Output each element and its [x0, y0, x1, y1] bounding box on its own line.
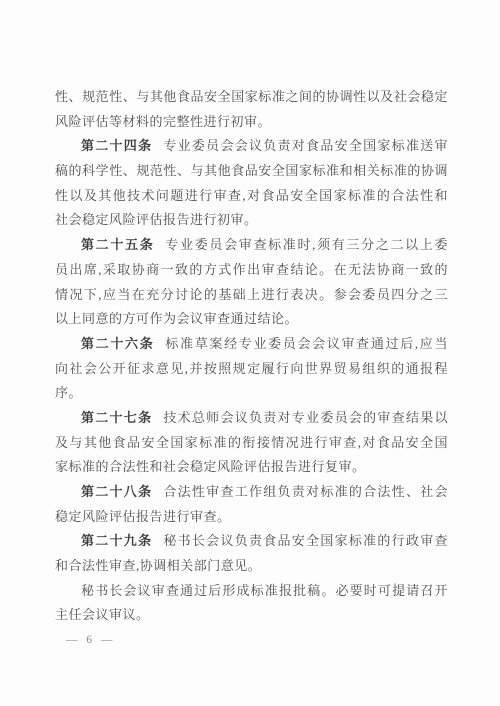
text-line: 员出席,采取协商一致的方式作出审查结论。在无法协商一致的: [55, 258, 448, 283]
paragraph: 第二十九条秘书长会议负责食品安全国家标准的行政审查和合法性审查,协调相关部门意见…: [55, 529, 448, 578]
paragraph: 第二十四条专业委员会会议负责对食品安全国家标准送审稿的科学性、规范性、与其他食品…: [55, 134, 448, 233]
article-number: 第二十九条: [81, 533, 152, 548]
text-line: 第二十九条秘书长会议负责食品安全国家标准的行政审查: [55, 529, 448, 554]
text-line: 及与其他食品安全国家标准的衔接情况进行审查,对食品安全国: [55, 431, 448, 456]
page-number: — 6 —: [66, 633, 116, 647]
text-line: 风险评估等材料的完整性进行初审。: [55, 110, 448, 135]
text-line: 序。: [55, 381, 448, 406]
text-line: 稿的科学性、规范性、与其他食品安全国家标准和相关标准的协调: [55, 159, 448, 184]
paragraph: 性、规范性、与其他食品安全国家标准之间的协调性以及社会稳定风险评估等材料的完整性…: [55, 85, 448, 134]
article-number: 第二十七条: [81, 410, 152, 425]
article-number: 第二十四条: [81, 138, 152, 153]
document-body: 性、规范性、与其他食品安全国家标准之间的协调性以及社会稳定风险评估等材料的完整性…: [55, 85, 448, 628]
article-number: 第二十五条: [81, 237, 154, 252]
paragraph: 第二十六条标准草案经专业委员会会议审查通过后,应当向社会公开征求意见,并按照规定…: [55, 332, 448, 406]
document-page: 性、规范性、与其他食品安全国家标准之间的协调性以及社会稳定风险评估等材料的完整性…: [0, 0, 500, 706]
text-line: 以上同意的方可作为会议审查通过结论。: [55, 307, 448, 332]
text-line: 主任会议审议。: [55, 603, 448, 628]
text-line: 秘书长会议审查通过后形成标准报批稿。必要时可提请召开: [55, 579, 448, 604]
text-line: 第二十六条标准草案经专业委员会会议审查通过后,应当: [55, 332, 448, 357]
text-line: 和合法性审查,协调相关部门意见。: [55, 554, 448, 579]
text-line: 家标准的合法性和社会稳定风险评估报告进行复审。: [55, 455, 448, 480]
article-number: 第二十六条: [81, 336, 154, 351]
text-line: 稳定风险评估报告进行审查。: [55, 505, 448, 530]
text-line: 情况下,应当在充分讨论的基础上进行表决。参会委员四分之三: [55, 283, 448, 308]
paragraph: 第二十八条合法性审查工作组负责对标准的合法性、社会稳定风险评估报告进行审查。: [55, 480, 448, 529]
text-line: 第二十四条专业委员会会议负责对食品安全国家标准送审: [55, 134, 448, 159]
text-line: 第二十八条合法性审查工作组负责对标准的合法性、社会: [55, 480, 448, 505]
text-line: 第二十五条专业委员会审查标准时,须有三分之二以上委: [55, 233, 448, 258]
article-number: 第二十八条: [81, 484, 152, 499]
paragraph: 第二十七条技术总师会议负责对专业委员会的审查结果以及与其他食品安全国家标准的衔接…: [55, 406, 448, 480]
text-line: 向社会公开征求意见,并按照规定履行向世界贸易组织的通报程: [55, 357, 448, 382]
paragraph: 秘书长会议审查通过后形成标准报批稿。必要时可提请召开主任会议审议。: [55, 579, 448, 628]
paragraph: 第二十五条专业委员会审查标准时,须有三分之二以上委员出席,采取协商一致的方式作出…: [55, 233, 448, 332]
text-line: 第二十七条技术总师会议负责对专业委员会的审查结果以: [55, 406, 448, 431]
text-line: 性以及其他技术问题进行审查,对食品安全国家标准的合法性和: [55, 184, 448, 209]
text-line: 性、规范性、与其他食品安全国家标准之间的协调性以及社会稳定: [55, 85, 448, 110]
text-line: 社会稳定风险评估报告进行初审。: [55, 208, 448, 233]
